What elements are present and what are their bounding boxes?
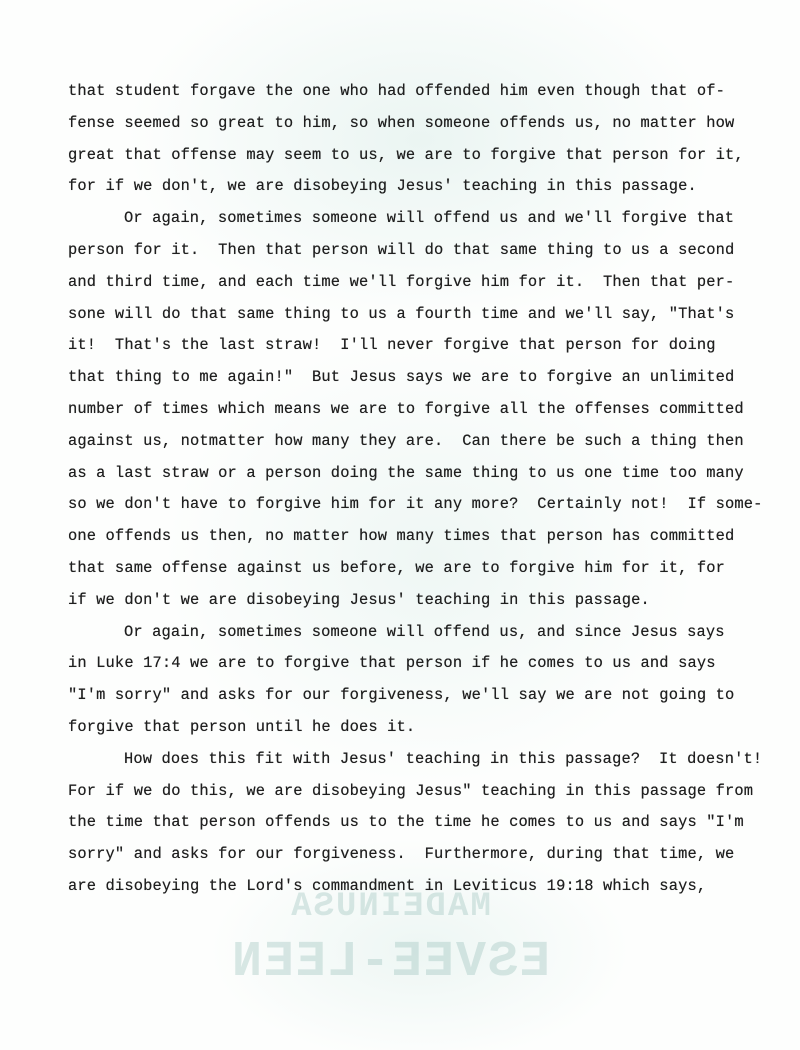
text-line: one offends us then, no matter how many … (68, 521, 788, 553)
text-line: that same offense against us before, we … (68, 553, 788, 585)
paragraph-first-line: Or again, sometimes someone will offend … (68, 203, 788, 235)
bleed-through-text-large: ESVEE-LEEN (0, 934, 790, 991)
document-page: MADEINUSA ESVEE-LEEN that student forgav… (0, 0, 800, 1050)
text-line: sorry" and asks for our forgiveness. Fur… (68, 839, 788, 871)
text-line: the time that person offends us to the t… (68, 807, 788, 839)
text-line: number of times which means we are to fo… (68, 394, 788, 426)
text-line: it! That's the last straw! I'll never fo… (68, 330, 788, 362)
text-line: and third time, and each time we'll forg… (68, 267, 788, 299)
text-line: in Luke 17:4 we are to forgive that pers… (68, 648, 788, 680)
text-line: sone will do that same thing to us a fou… (68, 299, 788, 331)
text-line: forgive that person until he does it. (68, 712, 788, 744)
paragraph-first-line: that student forgave the one who had off… (68, 76, 788, 108)
text-line: fense seemed so great to him, so when so… (68, 108, 788, 140)
text-line: so we don't have to forgive him for it a… (68, 489, 788, 521)
text-line: are disobeying the Lord's commandment in… (68, 871, 788, 903)
text-line: person for it. Then that person will do … (68, 235, 788, 267)
text-line: against us, notmatter how many they are.… (68, 426, 788, 458)
typewritten-body: that student forgave the one who had off… (68, 76, 788, 903)
text-line: that thing to me again!" But Jesus says … (68, 362, 788, 394)
text-line: "I'm sorry" and asks for our forgiveness… (68, 680, 788, 712)
text-line: great that offense may seem to us, we ar… (68, 140, 788, 172)
text-line: as a last straw or a person doing the sa… (68, 458, 788, 490)
text-line: for if we don't, we are disobeying Jesus… (68, 171, 788, 203)
text-line: For if we do this, we are disobeying Jes… (68, 776, 788, 808)
paragraph-first-line: Or again, sometimes someone will offend … (68, 617, 788, 649)
text-line: if we don't we are disobeying Jesus' tea… (68, 585, 788, 617)
paragraph-first-line: How does this fit with Jesus' teaching i… (68, 744, 788, 776)
